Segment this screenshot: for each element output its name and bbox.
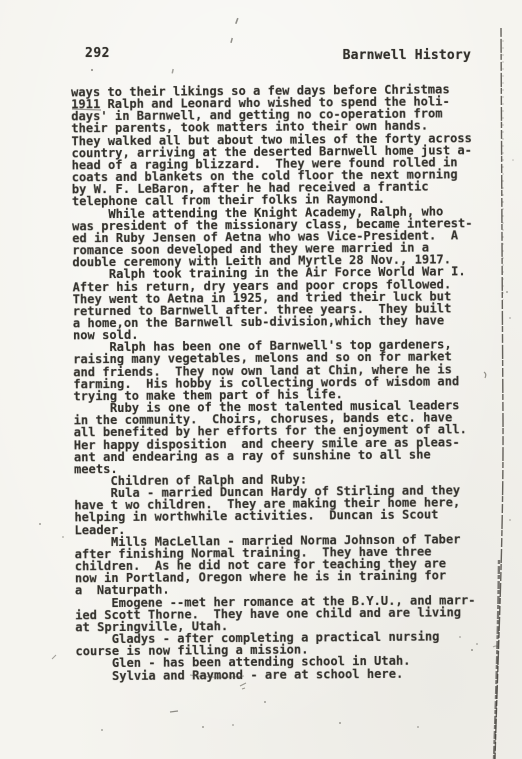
running-title: Barnwell History bbox=[343, 48, 471, 63]
page-text: ways to their likings so a few days befo… bbox=[71, 83, 506, 682]
scanned-book-page: 292 Barnwell History ways to their likin… bbox=[0, 0, 522, 759]
text-line: Sylvia and Raymond - are at school here. bbox=[76, 666, 506, 682]
page-header: 292 Barnwell History bbox=[0, 46, 522, 64]
page-number: 292 bbox=[85, 46, 110, 61]
